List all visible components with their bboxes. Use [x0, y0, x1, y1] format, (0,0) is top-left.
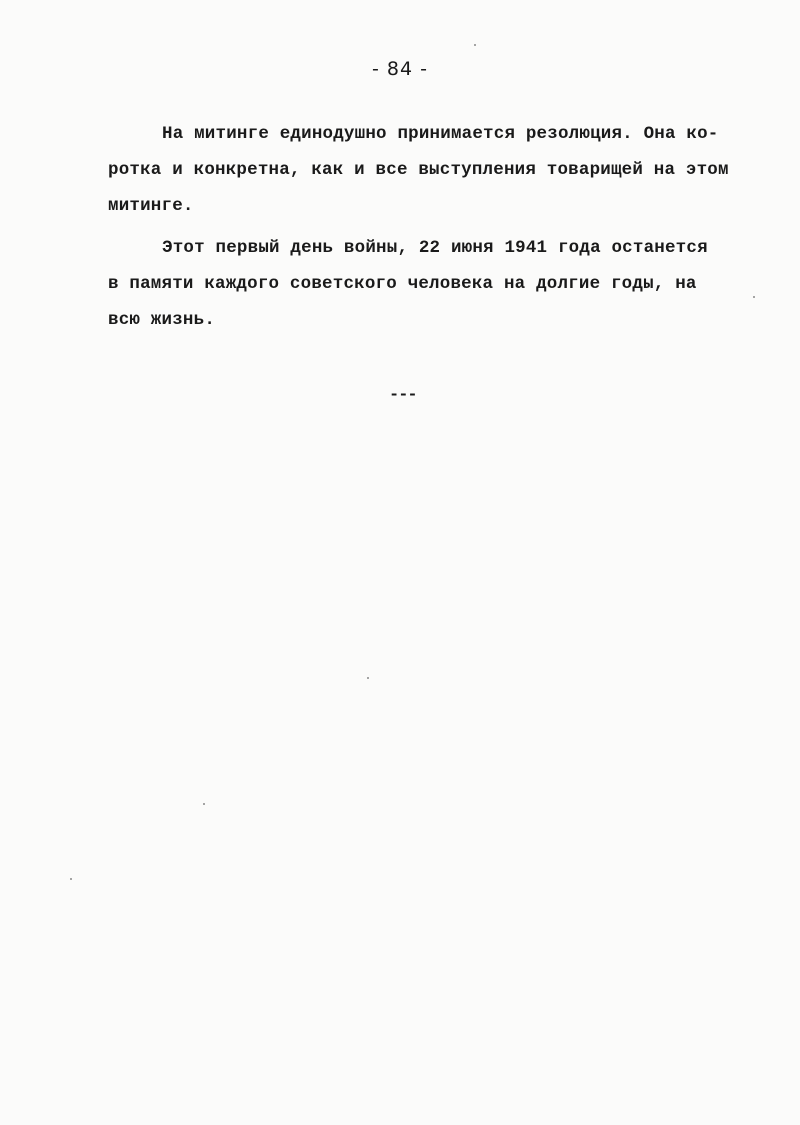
scan-speck [753, 296, 755, 298]
text-line: митинге. [108, 188, 768, 224]
page-number: - 84 - [0, 58, 800, 80]
paragraph-first-day-of-war: Этот первый день войны, 22 июня 1941 год… [108, 230, 768, 338]
text-line: в памяти каждого советского человека на … [108, 266, 768, 302]
text-line: всю жизнь. [108, 302, 768, 338]
text-line: На митинге единодушно принимается резолю… [108, 116, 768, 152]
text-line: ротка и конкретна, как и все выступления… [108, 152, 768, 188]
scan-speck [203, 803, 205, 805]
paragraph-resolution: На митинге единодушно принимается резолю… [108, 116, 768, 224]
scan-speck [367, 677, 369, 679]
section-separator: --- [389, 386, 417, 405]
scan-speck [474, 44, 476, 46]
scan-speck [70, 878, 72, 880]
text-line: Этот первый день войны, 22 июня 1941 год… [108, 230, 768, 266]
